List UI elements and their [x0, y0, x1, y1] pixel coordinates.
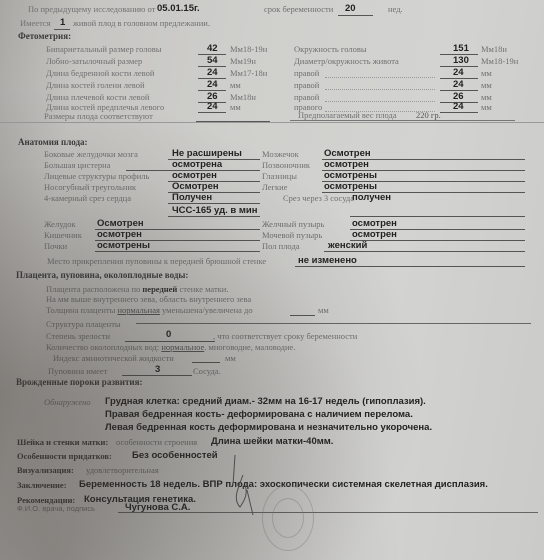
- anatomy-left-label: Почки: [44, 241, 67, 251]
- placenta-thickness-unit: мм: [318, 305, 329, 315]
- anatomy-right-label: Мочевой пузырь: [262, 230, 322, 240]
- fetometry-right-label: правой: [294, 92, 319, 102]
- fetometry-left-value: 24: [207, 101, 218, 112]
- maturity-value: 0: [166, 329, 171, 340]
- anatomy-left-value: Осмотрен: [172, 181, 219, 192]
- anatomy-right-value: осмотрен: [324, 159, 369, 170]
- cord-insertion-label: Место прикрепления пуповины к передней б…: [47, 256, 266, 266]
- fetometry-left-label: Длина костей голени левой: [46, 80, 145, 90]
- placenta-os-line: На мм выше внутреннего зева, область вну…: [46, 294, 251, 304]
- malformation-line-2: Правая бедренная кость- деформирована с …: [105, 409, 413, 420]
- fetus-count: 1: [60, 17, 65, 28]
- gestational-age-label: срок беременности: [264, 4, 333, 14]
- maturity-suffix: , что соответствует сроку беременности: [213, 331, 357, 341]
- anatomy-left-value: осмотрены: [97, 240, 150, 251]
- placenta-thickness-suffix: уменьшена/увеличена до: [162, 305, 253, 315]
- cord-vessels-value: 3: [155, 364, 160, 375]
- signature-icon: [215, 445, 265, 525]
- fetometry-right-value: 151: [453, 43, 469, 54]
- previous-study-label: По предыдущему исследованию от: [28, 4, 155, 14]
- anatomy-left-label: Кишечник: [44, 230, 82, 240]
- placenta-thickness-value: нормальная: [117, 305, 159, 315]
- fetometry-right-note: Мм18н: [481, 44, 507, 54]
- anatomy-right-label: Легкие: [262, 182, 287, 192]
- fetus-suffix: живой плод в головном предлежании.: [73, 18, 210, 28]
- cord-vessels-unit: Сосуда.: [193, 366, 221, 376]
- fetometry-right-label: Окружность головы: [294, 44, 367, 54]
- adnexa-label: Особенности придатков:: [17, 451, 112, 461]
- fetometry-right-value: 24: [453, 67, 464, 78]
- placenta-structure-label: Структура плаценты: [46, 319, 121, 329]
- fetometry-left-label: Бипариетальный размер головы: [46, 44, 161, 54]
- fetometry-left-value: 54: [207, 55, 218, 66]
- fetometry-left-note: мм: [230, 80, 241, 90]
- anatomy-right-value: осмотрен: [352, 218, 397, 229]
- anatomy-right-label: Пол плода: [262, 241, 300, 251]
- size-match-label: Размеры плода соответствуют: [44, 111, 153, 121]
- anatomy-right-label: Желчный пузырь: [262, 219, 324, 229]
- anatomy-left-value: осмотрен: [97, 229, 142, 240]
- malformations-found-label: Обнаружено: [44, 397, 91, 407]
- placenta-location-suffix: стенке матки.: [179, 284, 228, 294]
- maturity-label: Степень зрелости: [46, 331, 110, 341]
- anatomy-left-value: Осмотрен: [97, 218, 144, 229]
- visualization-label: Визуализация:: [17, 465, 74, 475]
- anatomy-title: Анатомия плода:: [18, 137, 88, 147]
- stamp-inner-icon: [272, 498, 304, 538]
- fetus-prefix: Имеется: [20, 18, 51, 28]
- afi-label: Индекс амниотической жидкости: [53, 353, 174, 363]
- fetometry-right-value: 24: [453, 101, 464, 112]
- cord-insertion-value: не изменено: [298, 255, 357, 266]
- anatomy-left-value: Получен: [172, 192, 212, 203]
- fetometry-right-note: мм: [481, 80, 492, 90]
- anatomy-right-value: осмотрены: [324, 170, 377, 181]
- doctor-label: Ф.И.О. врача, подпись: [17, 504, 95, 513]
- cervix-sub: особенности строения: [116, 437, 197, 447]
- fetometry-title: Фетометрия:: [18, 31, 71, 41]
- anatomy-left-value: осмотрена: [172, 159, 222, 170]
- placenta-thickness: Толщина плаценты нормальная уменьшена/ув…: [46, 305, 253, 315]
- anatomy-left-label: Желудок: [44, 219, 76, 229]
- heart-rate: ЧСС-165 уд. в мин: [172, 205, 258, 216]
- fetometry-left-value: 24: [207, 79, 218, 90]
- fetometry-left-value: 42: [207, 43, 218, 54]
- anatomy-left-label: Большая цистерна: [44, 160, 110, 170]
- afi-unit: мм: [225, 353, 236, 363]
- fetometry-left-label: Лобно-затылочный размер: [46, 56, 142, 66]
- fetometry-right-note: мм: [481, 92, 492, 102]
- anatomy-left-label: Боковые желудочки мозга: [44, 149, 138, 159]
- fetometry-right-note: мм: [481, 102, 492, 112]
- fetometry-right-label: Диаметр/окружность живота: [294, 56, 399, 66]
- anatomy-left-value: осмотрен: [172, 170, 217, 181]
- amniotic-fluid-value: нормальное: [161, 342, 204, 352]
- amniotic-fluid-suffix: . многоводие, маловодие.: [204, 342, 295, 352]
- placenta-location-prefix: Плацента расположена по: [46, 284, 140, 294]
- cord-vessels-label: Пуповина имеет: [48, 366, 107, 376]
- anatomy-left-value: Не расширены: [172, 148, 242, 159]
- fetometry-right-note: Мм18-19н: [481, 56, 518, 66]
- placenta-location-value: передней: [142, 284, 177, 294]
- anatomy-left-label: 4-камерный срез сердца: [44, 193, 131, 203]
- anatomy-right-value: получен: [352, 192, 391, 203]
- placenta-thickness-label: Толщина плаценты: [46, 305, 115, 315]
- anatomy-right-value: женский: [328, 240, 367, 251]
- anatomy-right-value: осмотрен: [352, 229, 397, 240]
- fetometry-left-note: мм: [230, 102, 241, 112]
- fetometry-left-note: Мм18н: [230, 92, 256, 102]
- amniotic-fluid-label: Количество околоплодных вод:: [46, 342, 159, 352]
- malformation-line-1: Грудная клетка: средний диам.- 32мм на 1…: [105, 396, 426, 407]
- fetometry-right-label: правой: [294, 80, 319, 90]
- malformations-title: Врожденные пороки развития:: [16, 377, 142, 387]
- placenta-location-label: Плацента расположена по передней стенке …: [46, 284, 229, 294]
- anatomy-right-label: Глазницы: [262, 171, 297, 181]
- estimated-weight-label: Предполагаемый вес плода: [298, 110, 397, 120]
- fetometry-left-label: Длина плечевой кости левой: [46, 92, 149, 102]
- gestational-age-unit: нед.: [388, 4, 403, 14]
- anatomy-right-label: Мозжечок: [262, 149, 299, 159]
- anatomy-right-value: Осмотрен: [324, 148, 371, 159]
- fetometry-left-label: Длина бедренной кости левой: [46, 68, 154, 78]
- adnexa-value: Без особенностей: [132, 450, 218, 461]
- estimated-weight-value: 220 гр.: [416, 110, 441, 120]
- anatomy-left-label: Лицевые структуры профиль: [44, 171, 149, 181]
- anatomy-right-label: Срез через 3 сосуда: [283, 193, 354, 203]
- visualization-value: удовлетворительная: [86, 465, 159, 475]
- fetometry-right-note: мм: [481, 68, 492, 78]
- anatomy-right-label: Позвоночник: [262, 160, 310, 170]
- fetometry-left-note: Мм17-18н: [230, 68, 267, 78]
- gestational-age-value: 20: [345, 3, 356, 14]
- amniotic-fluid: Количество околоплодных вод: нормальное.…: [46, 342, 295, 352]
- fetometry-right-label: правой: [294, 68, 319, 78]
- placenta-title: Плацента, пуповина, околоплодные воды:: [16, 270, 188, 280]
- fetometry-left-note: Мм18-19н: [230, 44, 267, 54]
- fetometry-left-note: Мм19н: [230, 56, 256, 66]
- cervix-label: Шейка и стенки матки:: [17, 437, 108, 447]
- malformation-line-3: Левая бедренная кость деформирована и не…: [105, 422, 432, 433]
- fetometry-right-value: 24: [453, 79, 464, 90]
- anatomy-right-value: осмотрены: [324, 181, 377, 192]
- fetometry-left-value: 24: [207, 67, 218, 78]
- anatomy-left-label: Носогубный треугольник: [44, 182, 136, 192]
- previous-study-date: 05.01.15г.: [157, 3, 200, 14]
- fetometry-right-value: 130: [453, 55, 469, 66]
- conclusion-label: Заключение:: [17, 480, 67, 490]
